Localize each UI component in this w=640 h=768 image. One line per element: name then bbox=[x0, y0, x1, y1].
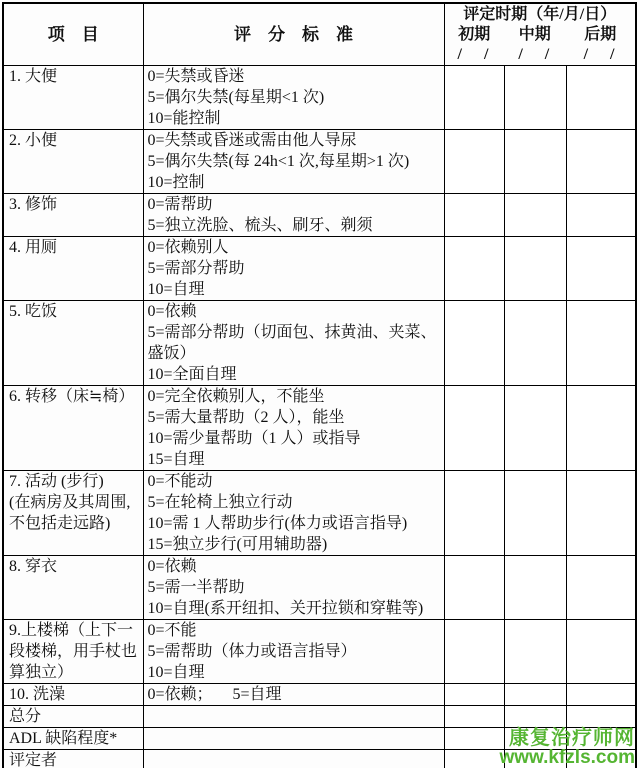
item-cell: 3. 修饰 bbox=[3, 194, 143, 237]
score-cell-initial bbox=[444, 66, 504, 130]
criteria-line: 0=完全依赖别人，不能坐 bbox=[148, 386, 442, 407]
table-row: 1. 大便0=失禁或昏迷5=偶尔失禁(每星期<1 次)10=能控制 bbox=[3, 66, 636, 130]
item-label-line: 8. 穿衣 bbox=[9, 556, 141, 577]
score-cell-late bbox=[566, 194, 636, 237]
item-label-line: 算独立） bbox=[9, 662, 141, 683]
criteria-line: 10=能控制 bbox=[148, 108, 442, 129]
criteria-line: 10=自理(系开纽扣、关开拉锁和穿鞋等) bbox=[148, 598, 442, 619]
period-title: 评定时期（年/月/日） bbox=[445, 5, 636, 25]
item-label-line: 1. 大便 bbox=[9, 66, 141, 87]
criteria-line: 5=需帮助（体力或语言指导） bbox=[148, 641, 442, 662]
watermark-site-name: 康复治疗师网 bbox=[500, 729, 636, 748]
score-cell-initial bbox=[444, 471, 504, 556]
item-label-line: (在病房及其周围, bbox=[9, 492, 141, 513]
period-date-slashes: / // // / bbox=[445, 45, 636, 65]
item-label-line: 4. 用厕 bbox=[9, 237, 141, 258]
header-criteria-label: 评 分 标 准 bbox=[143, 3, 444, 66]
criteria-line: 0=依赖别人 bbox=[148, 237, 442, 258]
item-label-line: 2. 小便 bbox=[9, 130, 141, 151]
score-cell-late bbox=[566, 556, 636, 620]
criteria-line: 5=需大量帮助（2 人），能坐 bbox=[148, 407, 442, 428]
criteria-line: 5=需一半帮助 bbox=[148, 577, 442, 598]
score-cell-mid bbox=[504, 471, 566, 556]
item-label-line: 10. 洗澡 bbox=[9, 684, 141, 705]
score-cell-mid bbox=[504, 130, 566, 194]
criteria-cell: 0=依赖5=需一半帮助10=自理(系开纽扣、关开拉锁和穿鞋等) bbox=[143, 556, 444, 620]
criteria-line: 0=需帮助 bbox=[148, 194, 442, 215]
item-cell: 8. 穿衣 bbox=[3, 556, 143, 620]
criteria-line: 10=自理 bbox=[148, 662, 442, 683]
score-cell-initial bbox=[444, 620, 504, 684]
score-cell-late bbox=[566, 301, 636, 386]
score-cell-late bbox=[566, 386, 636, 471]
criteria-line: 10=控制 bbox=[148, 172, 442, 193]
footer-value-cell bbox=[143, 750, 444, 768]
item-label-line: 段楼梯，用手杖也 bbox=[9, 641, 141, 662]
table-row: 10. 洗澡0=依赖； 5=自理 bbox=[3, 684, 636, 706]
score-cell-initial bbox=[444, 237, 504, 301]
period-label: 初期 bbox=[445, 25, 505, 45]
score-cell-late bbox=[566, 237, 636, 301]
table-footer-row: 总分 bbox=[3, 706, 636, 728]
date-slash: / / bbox=[504, 45, 566, 65]
item-label-line: 6. 转移（床≒椅） bbox=[9, 386, 141, 407]
criteria-line: 0=依赖 bbox=[148, 301, 442, 322]
item-cell: 5. 吃饭 bbox=[3, 301, 143, 386]
score-cell-initial bbox=[444, 301, 504, 386]
criteria-cell: 0=不能5=需帮助（体力或语言指导）10=自理 bbox=[143, 620, 444, 684]
table-row: 8. 穿衣0=依赖5=需一半帮助10=自理(系开纽扣、关开拉锁和穿鞋等) bbox=[3, 556, 636, 620]
criteria-line: 5=需部分帮助 bbox=[148, 258, 442, 279]
score-cell-initial bbox=[444, 194, 504, 237]
footer-label: 总分 bbox=[3, 706, 143, 728]
score-cell-initial bbox=[444, 386, 504, 471]
criteria-cell: 0=不能动5=在轮椅上独立行动10=需 1 人帮助步行(体力或语言指导)15=独… bbox=[143, 471, 444, 556]
score-cell-mid bbox=[504, 684, 566, 706]
criteria-line: 0=失禁或昏迷或需由他人导尿 bbox=[148, 130, 442, 151]
adl-table: 项 目 评 分 标 准 评定时期（年/月/日） 初期中期后期 / // // /… bbox=[2, 2, 637, 768]
footer-label: ADL 缺陷程度* bbox=[3, 728, 143, 750]
table-row: 7. 活动 (步行)(在病房及其周围,不包括走远路)0=不能动5=在轮椅上独立行… bbox=[3, 471, 636, 556]
item-label-line: 3. 修饰 bbox=[9, 194, 141, 215]
score-cell-initial bbox=[444, 750, 504, 768]
footer-value-cell bbox=[143, 706, 444, 728]
score-cell-late bbox=[566, 706, 636, 728]
criteria-line: 10=需少量帮助（1 人）或指导 bbox=[148, 428, 442, 449]
criteria-line: 0=依赖 bbox=[148, 556, 442, 577]
period-label: 中期 bbox=[504, 25, 566, 45]
date-slash: / / bbox=[566, 45, 635, 65]
footer-label: 评定者 bbox=[3, 750, 143, 768]
criteria-cell: 0=需帮助5=独立洗脸、梳头、刷牙、剃须 bbox=[143, 194, 444, 237]
item-cell: 9.上楼梯（上下一段楼梯，用手杖也算独立） bbox=[3, 620, 143, 684]
table-row: 6. 转移（床≒椅）0=完全依赖别人，不能坐5=需大量帮助（2 人），能坐10=… bbox=[3, 386, 636, 471]
criteria-line: 5=独立洗脸、梳头、刷牙、剃须 bbox=[148, 215, 442, 236]
item-cell: 6. 转移（床≒椅） bbox=[3, 386, 143, 471]
table-header-row: 项 目 评 分 标 准 评定时期（年/月/日） 初期中期后期 / // // / bbox=[3, 3, 636, 66]
criteria-line: 5=需部分帮助（切面包、抹黄油、夹菜、盛饭） bbox=[148, 322, 442, 364]
score-cell-mid bbox=[504, 301, 566, 386]
criteria-cell: 0=依赖； 5=自理 bbox=[143, 684, 444, 706]
score-cell-late bbox=[566, 66, 636, 130]
item-cell: 1. 大便 bbox=[3, 66, 143, 130]
header-assessment-period: 评定时期（年/月/日） 初期中期后期 / // // / bbox=[444, 3, 636, 66]
score-cell-initial bbox=[444, 130, 504, 194]
criteria-cell: 0=依赖别人5=需部分帮助10=自理 bbox=[143, 237, 444, 301]
criteria-cell: 0=完全依赖别人，不能坐5=需大量帮助（2 人），能坐10=需少量帮助（1 人）… bbox=[143, 386, 444, 471]
score-cell-late bbox=[566, 471, 636, 556]
item-label-line: 5. 吃饭 bbox=[9, 301, 141, 322]
item-label-line: 9.上楼梯（上下一 bbox=[9, 620, 141, 641]
score-cell-mid bbox=[504, 386, 566, 471]
score-cell-mid bbox=[504, 237, 566, 301]
table-row: 5. 吃饭0=依赖5=需部分帮助（切面包、抹黄油、夹菜、盛饭）10=全面自理 bbox=[3, 301, 636, 386]
score-cell-late bbox=[566, 684, 636, 706]
item-cell: 7. 活动 (步行)(在病房及其周围,不包括走远路) bbox=[3, 471, 143, 556]
criteria-cell: 0=失禁或昏迷5=偶尔失禁(每星期<1 次)10=能控制 bbox=[143, 66, 444, 130]
score-cell-mid bbox=[504, 706, 566, 728]
criteria-line: 15=自理 bbox=[148, 449, 442, 470]
criteria-line: 5=偶尔失禁(每 24h<1 次,每星期>1 次) bbox=[148, 151, 442, 172]
footer-value-cell bbox=[143, 728, 444, 750]
table-row: 4. 用厕0=依赖别人5=需部分帮助10=自理 bbox=[3, 237, 636, 301]
criteria-line: 10=自理 bbox=[148, 279, 442, 300]
criteria-line: 10=全面自理 bbox=[148, 364, 442, 385]
period-label: 后期 bbox=[566, 25, 635, 45]
score-cell-mid bbox=[504, 194, 566, 237]
score-cell-mid bbox=[504, 66, 566, 130]
score-cell-initial bbox=[444, 556, 504, 620]
score-cell-initial bbox=[444, 706, 504, 728]
table-row: 2. 小便0=失禁或昏迷或需由他人导尿5=偶尔失禁(每 24h<1 次,每星期>… bbox=[3, 130, 636, 194]
criteria-line: 0=不能 bbox=[148, 620, 442, 641]
item-cell: 10. 洗澡 bbox=[3, 684, 143, 706]
item-cell: 2. 小便 bbox=[3, 130, 143, 194]
criteria-line: 0=依赖； 5=自理 bbox=[148, 684, 442, 705]
table-row: 9.上楼梯（上下一段楼梯，用手杖也算独立）0=不能5=需帮助（体力或语言指导）1… bbox=[3, 620, 636, 684]
header-item-label: 项 目 bbox=[3, 3, 143, 66]
adl-assessment-form: 项 目 评 分 标 准 评定时期（年/月/日） 初期中期后期 / // // /… bbox=[0, 0, 640, 768]
criteria-line: 5=偶尔失禁(每星期<1 次) bbox=[148, 87, 442, 108]
score-cell-mid bbox=[504, 620, 566, 684]
score-cell-late bbox=[566, 130, 636, 194]
table-row: 3. 修饰0=需帮助5=独立洗脸、梳头、刷牙、剃须 bbox=[3, 194, 636, 237]
score-cell-initial bbox=[444, 684, 504, 706]
period-names: 初期中期后期 bbox=[445, 25, 636, 45]
watermark: 康复治疗师网 www.kfzls.com bbox=[500, 729, 636, 767]
criteria-line: 15=独立步行(可用辅助器) bbox=[148, 534, 442, 555]
criteria-line: 5=在轮椅上独立行动 bbox=[148, 492, 442, 513]
criteria-line: 0=失禁或昏迷 bbox=[148, 66, 442, 87]
watermark-site-url: www.kfzls.com bbox=[500, 748, 636, 767]
criteria-line: 10=需 1 人帮助步行(体力或语言指导) bbox=[148, 513, 442, 534]
item-label-line: 7. 活动 (步行) bbox=[9, 471, 141, 492]
item-label-line: 不包括走远路) bbox=[9, 513, 141, 534]
date-slash: / / bbox=[445, 45, 505, 65]
score-cell-mid bbox=[504, 556, 566, 620]
score-cell-initial bbox=[444, 728, 504, 750]
score-cell-late bbox=[566, 620, 636, 684]
criteria-cell: 0=失禁或昏迷或需由他人导尿5=偶尔失禁(每 24h<1 次,每星期>1 次)1… bbox=[143, 130, 444, 194]
item-cell: 4. 用厕 bbox=[3, 237, 143, 301]
criteria-line: 0=不能动 bbox=[148, 471, 442, 492]
criteria-cell: 0=依赖5=需部分帮助（切面包、抹黄油、夹菜、盛饭）10=全面自理 bbox=[143, 301, 444, 386]
